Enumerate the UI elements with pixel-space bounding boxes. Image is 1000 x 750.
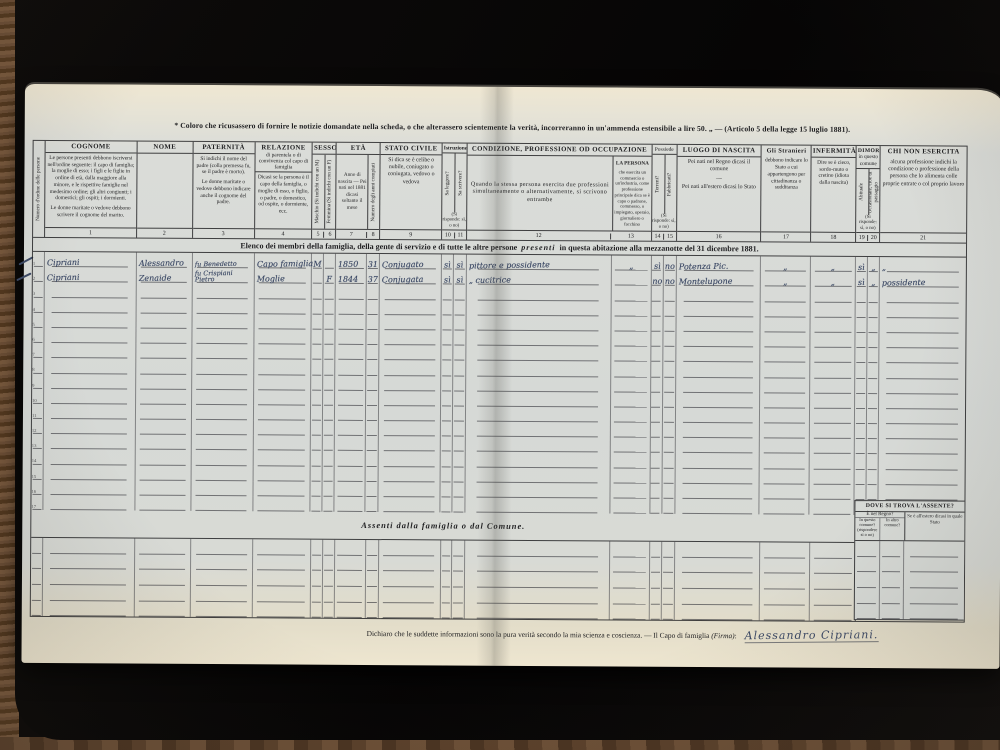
table-cell xyxy=(311,436,323,451)
table-cell xyxy=(675,542,760,558)
table-cell xyxy=(253,405,311,421)
table-cell xyxy=(335,421,366,436)
table-cell xyxy=(760,543,810,559)
stato-civile-title: STATO CIVILE xyxy=(381,143,442,155)
table-cell xyxy=(135,586,191,602)
table-cell xyxy=(311,466,323,481)
table-cell xyxy=(379,376,441,392)
table-cell xyxy=(453,391,466,406)
table-cell xyxy=(254,360,312,376)
table-cell: 31 xyxy=(367,254,380,269)
table-cell xyxy=(135,570,191,586)
occasionale-label: Occasionale, cioè di passaggio xyxy=(868,169,879,215)
istruzione-title: Istruzione xyxy=(443,143,467,153)
table-cell xyxy=(610,498,650,513)
table-cell xyxy=(453,556,466,572)
printed-row-number: 3 xyxy=(33,291,35,296)
table-cell: „ xyxy=(868,257,880,272)
table-cell: 6 xyxy=(32,328,44,343)
table-cell xyxy=(136,344,192,360)
table-cell xyxy=(379,451,441,467)
table-cell xyxy=(366,375,379,390)
col-number: 17 xyxy=(761,234,810,240)
eta-anno-label: Anno di nascita — Pei nati nel 1881 dica… xyxy=(337,171,368,212)
table-cell xyxy=(324,284,336,299)
col-nome: NOME 2 xyxy=(137,142,193,238)
col-number: 13 xyxy=(610,233,651,239)
table-cell xyxy=(312,284,324,299)
table-cell xyxy=(454,285,467,300)
table-cell xyxy=(311,406,323,421)
table-cell xyxy=(380,284,442,300)
table-cell xyxy=(856,303,868,318)
table-cell xyxy=(453,467,466,482)
table-cell: Montelupone xyxy=(676,271,761,287)
table-cell xyxy=(662,468,675,483)
table-cell xyxy=(650,453,662,468)
table-cell xyxy=(254,314,312,330)
cell-stato: Conjugato xyxy=(382,261,424,269)
cell-relazione: Moglie xyxy=(256,276,284,283)
table-cell xyxy=(662,558,675,574)
table-cell xyxy=(31,600,43,616)
table-cell xyxy=(867,485,879,500)
table-cell xyxy=(676,301,761,317)
table-cell xyxy=(135,465,191,481)
table-cell xyxy=(856,318,868,333)
col-number: 11 xyxy=(454,232,467,238)
table-cell xyxy=(880,573,904,589)
table-cell xyxy=(136,359,192,375)
table-cell: no xyxy=(663,271,676,286)
table-cell xyxy=(31,554,43,570)
table-cell xyxy=(855,557,880,573)
table-cell xyxy=(810,590,855,606)
page-fold xyxy=(476,87,514,666)
table-cell xyxy=(192,405,254,421)
col-luogo-nascita: LUOGO DI NASCITA Pei nati nel Regno dica… xyxy=(677,145,762,242)
table-cell xyxy=(311,540,323,556)
table-cell xyxy=(855,588,880,604)
table-cell xyxy=(136,328,192,344)
dimora-title: DIMORA in questo comune xyxy=(857,146,880,169)
table-cell xyxy=(760,574,810,590)
table-cell xyxy=(335,451,366,466)
printed-row-number: 4 xyxy=(33,306,35,311)
table-cell xyxy=(335,571,366,587)
table-cell xyxy=(43,538,135,554)
table-cell xyxy=(43,601,135,617)
table-cell xyxy=(311,497,323,512)
table-cell xyxy=(136,389,192,405)
table-cell xyxy=(365,587,378,603)
printed-row-number: 8 xyxy=(32,367,34,372)
table-cell xyxy=(379,556,441,572)
table-cell xyxy=(378,587,440,603)
printed-row-number: 9 xyxy=(32,382,34,387)
table-cell xyxy=(440,587,452,603)
cell-nome: Zenaide xyxy=(139,275,172,282)
table-cell xyxy=(610,542,650,558)
table-cell: sì xyxy=(442,254,454,269)
cell-scrive: sì xyxy=(454,277,466,284)
table-cell xyxy=(761,363,811,378)
chi-non-esercita-title: CHI NON ESERCITA xyxy=(881,146,967,157)
table-cell xyxy=(879,363,965,379)
table-cell xyxy=(440,572,452,588)
table-cell xyxy=(650,499,662,514)
numero-ordine-label: Numero d'ordine delle persone xyxy=(36,157,42,221)
table-cell: „ xyxy=(880,257,966,273)
table-cell xyxy=(253,420,311,436)
table-cell xyxy=(136,420,192,436)
table-cell xyxy=(676,317,761,333)
table-cell xyxy=(44,419,136,435)
cell-num: 1 xyxy=(33,261,35,266)
table-cell: sì xyxy=(454,255,467,270)
table-cell: Moglie xyxy=(254,268,312,284)
table-cell xyxy=(760,439,810,454)
cell-occasionale: „ xyxy=(868,264,879,271)
table-cell xyxy=(135,554,191,570)
table-cell xyxy=(675,573,760,589)
table-cell xyxy=(868,303,880,318)
table-cell xyxy=(810,605,855,621)
table-cell: Cipriani xyxy=(45,252,137,268)
table-cell xyxy=(811,348,856,363)
table-cell xyxy=(45,282,137,298)
table-cell xyxy=(610,453,650,468)
col-paternita: PATERNITÀ Si indichi il nome del padre (… xyxy=(193,142,255,238)
table-cell xyxy=(311,571,323,587)
table-cell xyxy=(867,454,879,469)
cell-fabbricati: no xyxy=(663,278,675,285)
table-cell xyxy=(610,604,650,620)
table-cell xyxy=(855,394,867,409)
cognome-title: COGNOME xyxy=(46,141,137,153)
table-cell xyxy=(191,481,253,497)
table-cell xyxy=(867,424,879,439)
col-number: 9 xyxy=(380,232,441,238)
table-cell xyxy=(136,435,192,451)
istruzione-nota: (Si risponde: sì, o no) xyxy=(442,213,466,230)
cell-legge: sì xyxy=(442,277,453,284)
table-cell xyxy=(191,601,253,617)
table-cell xyxy=(442,285,454,300)
table-cell xyxy=(136,283,192,299)
table-cell xyxy=(44,343,136,359)
table-cell xyxy=(252,602,310,618)
table-cell xyxy=(323,406,335,421)
table-cell xyxy=(879,394,965,410)
table-cell xyxy=(380,330,442,346)
table-cell: 1844 xyxy=(336,269,367,284)
stranieri-title: Gli Stranieri xyxy=(762,145,811,156)
stato-civile-desc: Si dica se è celibe o nubile, coniugato … xyxy=(380,155,441,230)
cell-stranieri: „ xyxy=(761,279,810,287)
table-cell xyxy=(367,315,380,330)
table-cell xyxy=(441,406,453,421)
table-cell xyxy=(366,540,379,556)
table-cell: 10 xyxy=(32,389,44,404)
table-cell xyxy=(868,318,880,333)
sesso-m-label: Maschio (Si indichi con un M) xyxy=(316,160,322,224)
cell-num: 2 xyxy=(33,276,35,281)
table-cell xyxy=(311,451,323,466)
dimora-nota: (Si risponde: sì, o no) xyxy=(856,215,879,232)
table-cell xyxy=(135,496,191,512)
table-cell xyxy=(367,330,380,345)
table-cell xyxy=(663,362,676,377)
table-cell xyxy=(366,451,379,466)
census-sheet: * Coloro che ricusassero di fornire le n… xyxy=(21,84,1000,669)
table-cell xyxy=(611,392,651,407)
table-cell: „ xyxy=(761,256,811,271)
table-cell xyxy=(675,558,760,574)
table-cell xyxy=(441,541,453,557)
table-row xyxy=(855,604,964,620)
eta-anni-label: Numero degli anni compiuti xyxy=(371,163,377,222)
table-cell xyxy=(855,439,867,454)
table-cell xyxy=(324,314,336,329)
table-cell xyxy=(334,602,365,618)
photo-background: * Coloro che ricusassero di fornire le n… xyxy=(0,0,1000,750)
table-cell xyxy=(379,482,441,498)
table-cell xyxy=(650,484,662,499)
la-persona-title: LA PERSONA xyxy=(615,159,650,169)
table-cell xyxy=(44,328,136,344)
table-row xyxy=(855,588,964,604)
table-cell xyxy=(442,315,454,330)
table-cell xyxy=(610,438,650,453)
table-cell xyxy=(675,499,760,515)
col-cognome: COGNOME Le persone presenti debbono iscr… xyxy=(45,141,137,238)
table-cell xyxy=(136,313,192,329)
table-cell xyxy=(867,409,879,424)
table-cell xyxy=(335,540,366,556)
table-cell xyxy=(651,332,663,347)
table-cell xyxy=(760,454,810,469)
table-cell xyxy=(810,409,855,424)
table-cell xyxy=(324,299,336,314)
table-cell xyxy=(856,333,868,348)
table-cell xyxy=(662,542,675,558)
table-cell xyxy=(366,497,379,512)
table-cell xyxy=(663,286,676,301)
table-cell: 5 xyxy=(33,313,45,328)
table-cell xyxy=(651,392,663,407)
table-cell xyxy=(904,604,964,620)
table-cell xyxy=(441,391,453,406)
table-cell xyxy=(904,541,964,557)
infermita-title: INFERMITÀ xyxy=(812,146,856,158)
table-cell xyxy=(453,452,466,467)
sesso-title: SESSO xyxy=(313,143,336,155)
table-cell xyxy=(675,484,760,500)
table-cell xyxy=(336,330,367,345)
table-cell xyxy=(662,589,675,605)
table-cell xyxy=(441,482,453,497)
table-cell xyxy=(904,573,964,589)
table-cell xyxy=(336,315,367,330)
table-cell xyxy=(675,438,760,454)
la-persona-desc: che esercita un commercio o un'industria… xyxy=(613,168,651,228)
table-cell xyxy=(442,300,454,315)
table-cell xyxy=(879,379,965,395)
table-cell xyxy=(810,454,855,469)
table-cell xyxy=(610,483,650,498)
table-cell xyxy=(760,393,810,408)
printed-row-number: 12 xyxy=(32,428,37,433)
table-cell xyxy=(663,377,676,392)
table-cell xyxy=(253,466,311,482)
table-cell xyxy=(760,605,810,621)
table-cell xyxy=(880,303,966,319)
table-cell xyxy=(867,470,879,485)
table-cell xyxy=(191,496,253,512)
table-cell xyxy=(311,421,323,436)
cell-fabbricati: no xyxy=(663,263,675,270)
table-cell xyxy=(44,404,136,420)
printed-row-number: 11 xyxy=(32,413,36,418)
table-cell xyxy=(380,315,442,331)
table-cell xyxy=(335,436,366,451)
table-cell xyxy=(663,392,676,407)
paternita-title: PATERNITÀ xyxy=(193,142,254,154)
table-cell xyxy=(253,481,311,497)
assenti-rows xyxy=(31,538,855,621)
table-cell xyxy=(880,604,904,620)
table-cell xyxy=(441,467,453,482)
declaration-line: Dichiaro che le suddette informazioni so… xyxy=(367,626,879,643)
table-cell xyxy=(323,555,335,571)
table-cell xyxy=(760,558,810,574)
infermita-desc: Dire se è cieco, sordo-muto o cretino (i… xyxy=(811,157,855,231)
table-cell xyxy=(379,571,441,587)
table-cell xyxy=(662,423,675,438)
table-cell: possidente xyxy=(880,272,966,288)
table-cell xyxy=(323,540,335,556)
table-cell xyxy=(43,495,135,511)
table-cell xyxy=(191,466,253,482)
table-cell xyxy=(323,571,335,587)
table-cell: 14 xyxy=(32,449,44,464)
dove-title: DOVE SI TROVA L'ASSENTE? xyxy=(855,501,964,513)
table-cell xyxy=(651,286,663,301)
table-cell xyxy=(453,422,466,437)
table-cell xyxy=(254,284,312,300)
table-cell xyxy=(662,573,675,589)
table-cell xyxy=(441,452,453,467)
table-cell xyxy=(651,301,663,316)
table-cell xyxy=(312,330,324,345)
table-cell xyxy=(676,408,761,424)
table-cell xyxy=(336,360,367,375)
table-cell xyxy=(310,587,322,603)
table-cell xyxy=(651,408,663,423)
table-cell xyxy=(43,569,135,585)
table-cell xyxy=(191,555,253,571)
table-cell xyxy=(856,287,868,302)
table-cell xyxy=(676,393,761,409)
table-cell xyxy=(440,497,452,512)
col-number: 2 xyxy=(137,230,192,236)
table-cell xyxy=(879,409,965,425)
cell-chi_non: „ xyxy=(882,264,886,271)
dove-rows xyxy=(855,541,964,620)
table-cell xyxy=(675,604,760,620)
table-cell xyxy=(335,466,366,481)
head-of-family-signature: Alessandro Cipriani. xyxy=(744,628,878,643)
table-cell xyxy=(811,302,856,317)
cell-chi_non: possidente xyxy=(882,279,926,287)
table-cell xyxy=(760,408,810,423)
table-cell xyxy=(760,484,810,499)
table-cell xyxy=(761,317,811,332)
table-cell xyxy=(879,439,965,455)
table-cell xyxy=(366,571,379,587)
table-cell xyxy=(651,362,663,377)
col-infermita: INFERMITÀ Dire se è cieco, sordo-muto o … xyxy=(811,146,856,242)
cell-cognome: Cipriani xyxy=(47,274,80,281)
table-cell xyxy=(760,423,810,438)
table-cell xyxy=(323,451,335,466)
table-cell: 2 xyxy=(33,267,45,282)
table-cell xyxy=(880,333,966,349)
cell-relazione: Capo famiglia xyxy=(256,260,312,268)
table-cell xyxy=(44,449,136,465)
table-cell xyxy=(662,604,675,620)
table-cell xyxy=(650,423,662,438)
col-eta: ETÀ Anno di nascita — Pei nati nel 1881 … xyxy=(336,143,380,239)
table-cell xyxy=(43,480,135,496)
table-cell xyxy=(810,574,855,590)
table-cell xyxy=(662,438,675,453)
table-cell xyxy=(452,587,465,603)
cell-m: M xyxy=(312,261,323,268)
table-cell xyxy=(31,538,43,554)
col-istruzione: Istruzione Sa leggere? Sa scrivere? (Si … xyxy=(442,143,468,239)
table-cell xyxy=(324,254,336,269)
table-cell xyxy=(453,437,466,452)
table-cell xyxy=(44,358,136,374)
table-cell xyxy=(453,482,466,497)
table-cell: Conjugata xyxy=(380,269,442,285)
cell-paternita: fu Crispiani Pietro xyxy=(194,270,253,283)
table-cell xyxy=(192,329,254,345)
table-cell xyxy=(810,558,855,574)
col-number: 1 xyxy=(45,230,136,237)
table-cell xyxy=(760,499,810,514)
table-cell xyxy=(312,269,324,284)
table-cell xyxy=(31,569,43,585)
table-cell xyxy=(811,317,856,332)
cell-luogo: Montelupone xyxy=(678,278,732,286)
table-cell: „ xyxy=(612,255,652,270)
table-cell xyxy=(453,541,466,557)
table-cell xyxy=(322,602,334,618)
table-cell xyxy=(253,586,311,602)
table-cell: sì xyxy=(454,270,467,285)
table-cell: 7 xyxy=(32,343,44,358)
printed-row-number: 14 xyxy=(32,458,37,463)
cell-anni: 37 xyxy=(367,276,379,283)
table-cell xyxy=(192,283,254,299)
table-cell xyxy=(253,451,311,467)
table-cell xyxy=(192,314,254,330)
table-cell xyxy=(611,362,651,377)
table-cell xyxy=(676,347,761,363)
